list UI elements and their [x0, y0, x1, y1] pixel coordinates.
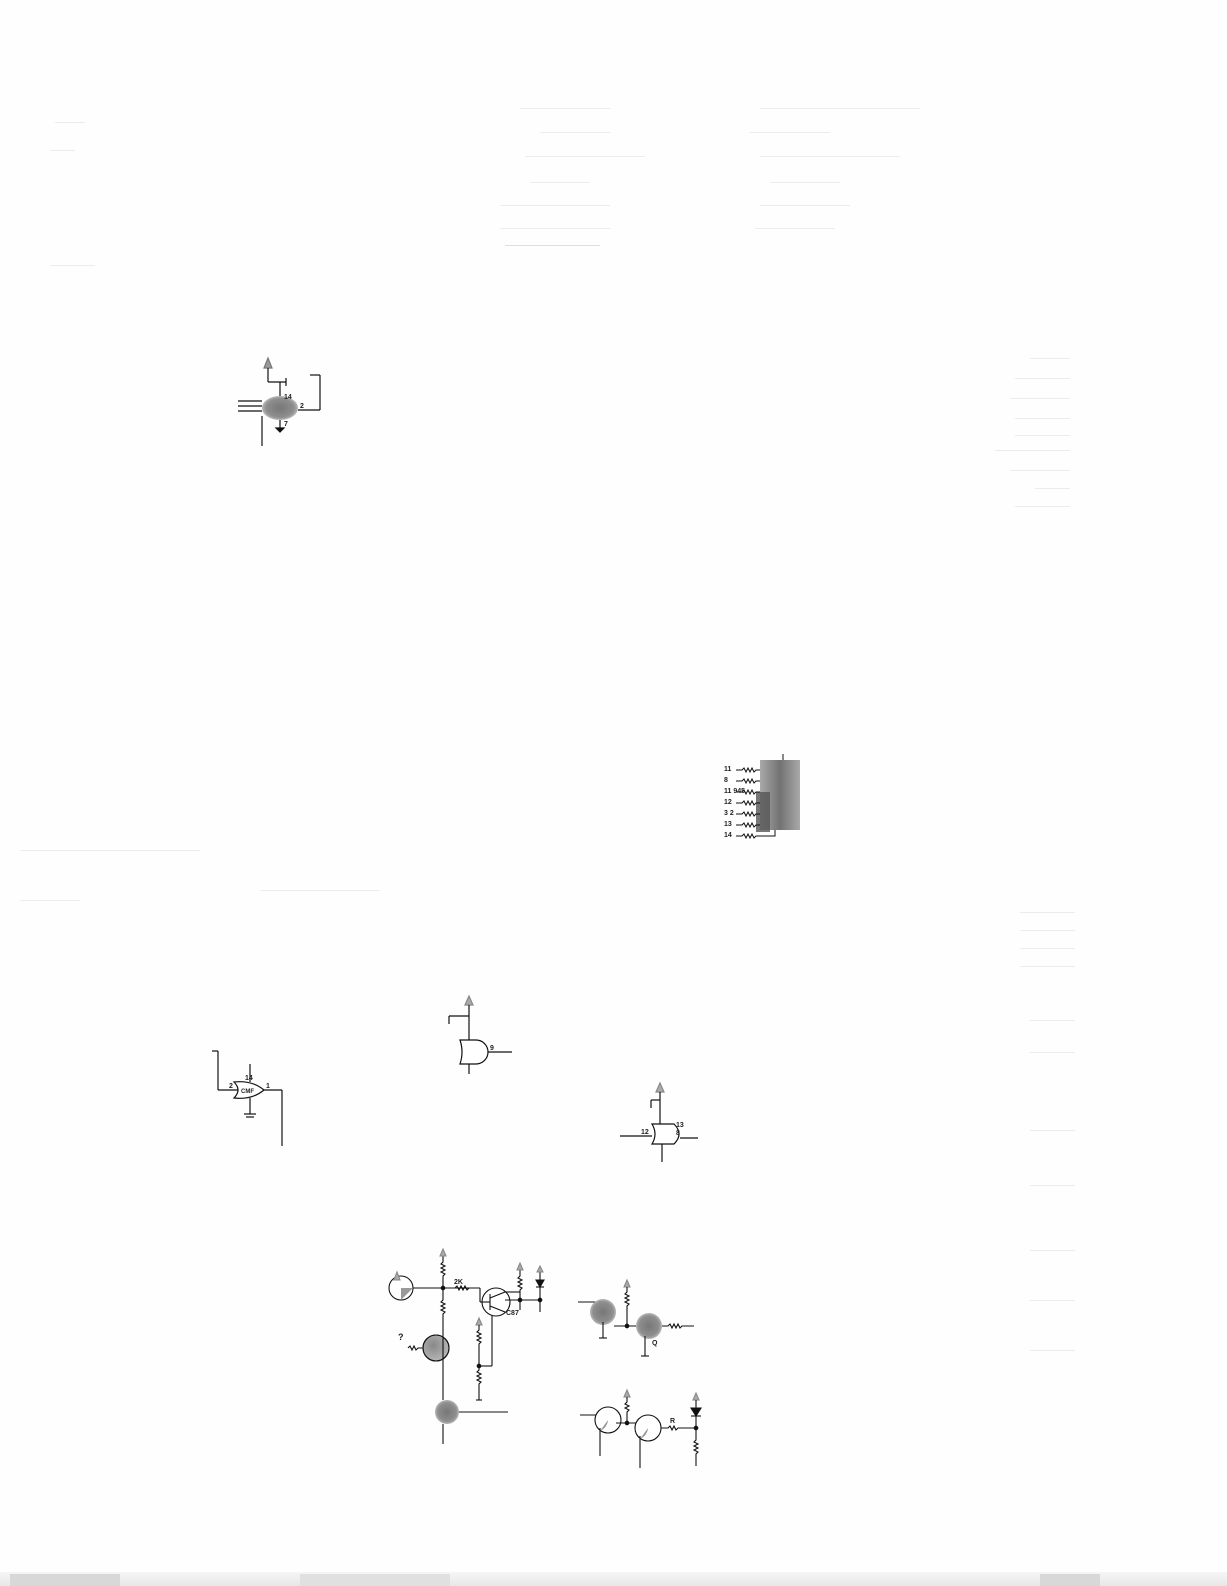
or-gate-left: CMF 14 2 1 — [212, 1051, 282, 1146]
scan-artifact — [1040, 1574, 1100, 1586]
svg-text:13: 13 — [724, 821, 732, 828]
svg-text:12: 12 — [641, 1129, 649, 1136]
svg-text:8: 8 — [676, 1130, 680, 1137]
svg-text:2: 2 — [300, 403, 304, 410]
svg-text:Q: Q — [652, 1340, 658, 1347]
svg-text:?: ? — [398, 1332, 404, 1342]
gate-upper-left: 14 2 7 — [238, 358, 320, 446]
svg-text:7: 7 — [284, 421, 288, 428]
svg-text:9: 9 — [490, 1045, 494, 1052]
resistor-network: 11 8 11 945 12 3 2 13 14 — [724, 754, 800, 839]
svg-text:13: 13 — [676, 1122, 684, 1129]
transistor-pair-right-top: Q — [578, 1280, 694, 1356]
svg-text:14: 14 — [724, 832, 732, 839]
schematic-page: 14 2 7 11 8 11 945 12 3 2 13 14 — [0, 0, 1227, 1586]
vcc-arrow-icon — [264, 358, 272, 368]
scan-artifact — [300, 1574, 450, 1586]
vcc-arrow-icon — [656, 1083, 664, 1092]
svg-text:2K: 2K — [454, 1279, 463, 1286]
schematic-drawing: 14 2 7 11 8 11 945 12 3 2 13 14 — [0, 0, 1227, 1586]
svg-text:11: 11 — [724, 766, 732, 773]
svg-text:8: 8 — [724, 777, 728, 784]
svg-text:3 2: 3 2 — [724, 810, 734, 817]
svg-text:12: 12 — [724, 799, 732, 806]
svg-text:1: 1 — [266, 1083, 270, 1090]
vcc-arrow-icon — [465, 996, 473, 1005]
and-gate-center: 9 — [449, 996, 512, 1074]
svg-text:2: 2 — [229, 1083, 233, 1090]
svg-text:CMF: CMF — [241, 1089, 254, 1095]
transistor-stage-left: 2K C87 ? — [389, 1249, 544, 1444]
scan-artifact — [10, 1574, 120, 1586]
svg-text:C87: C87 — [506, 1310, 519, 1317]
or-gate-right: 12 13 8 — [620, 1083, 698, 1162]
svg-text:14: 14 — [245, 1075, 253, 1082]
transistor-pair-right-bottom: R — [580, 1390, 701, 1468]
svg-text:11 945: 11 945 — [724, 788, 745, 795]
svg-text:14: 14 — [284, 394, 292, 401]
svg-text:R: R — [670, 1418, 675, 1425]
